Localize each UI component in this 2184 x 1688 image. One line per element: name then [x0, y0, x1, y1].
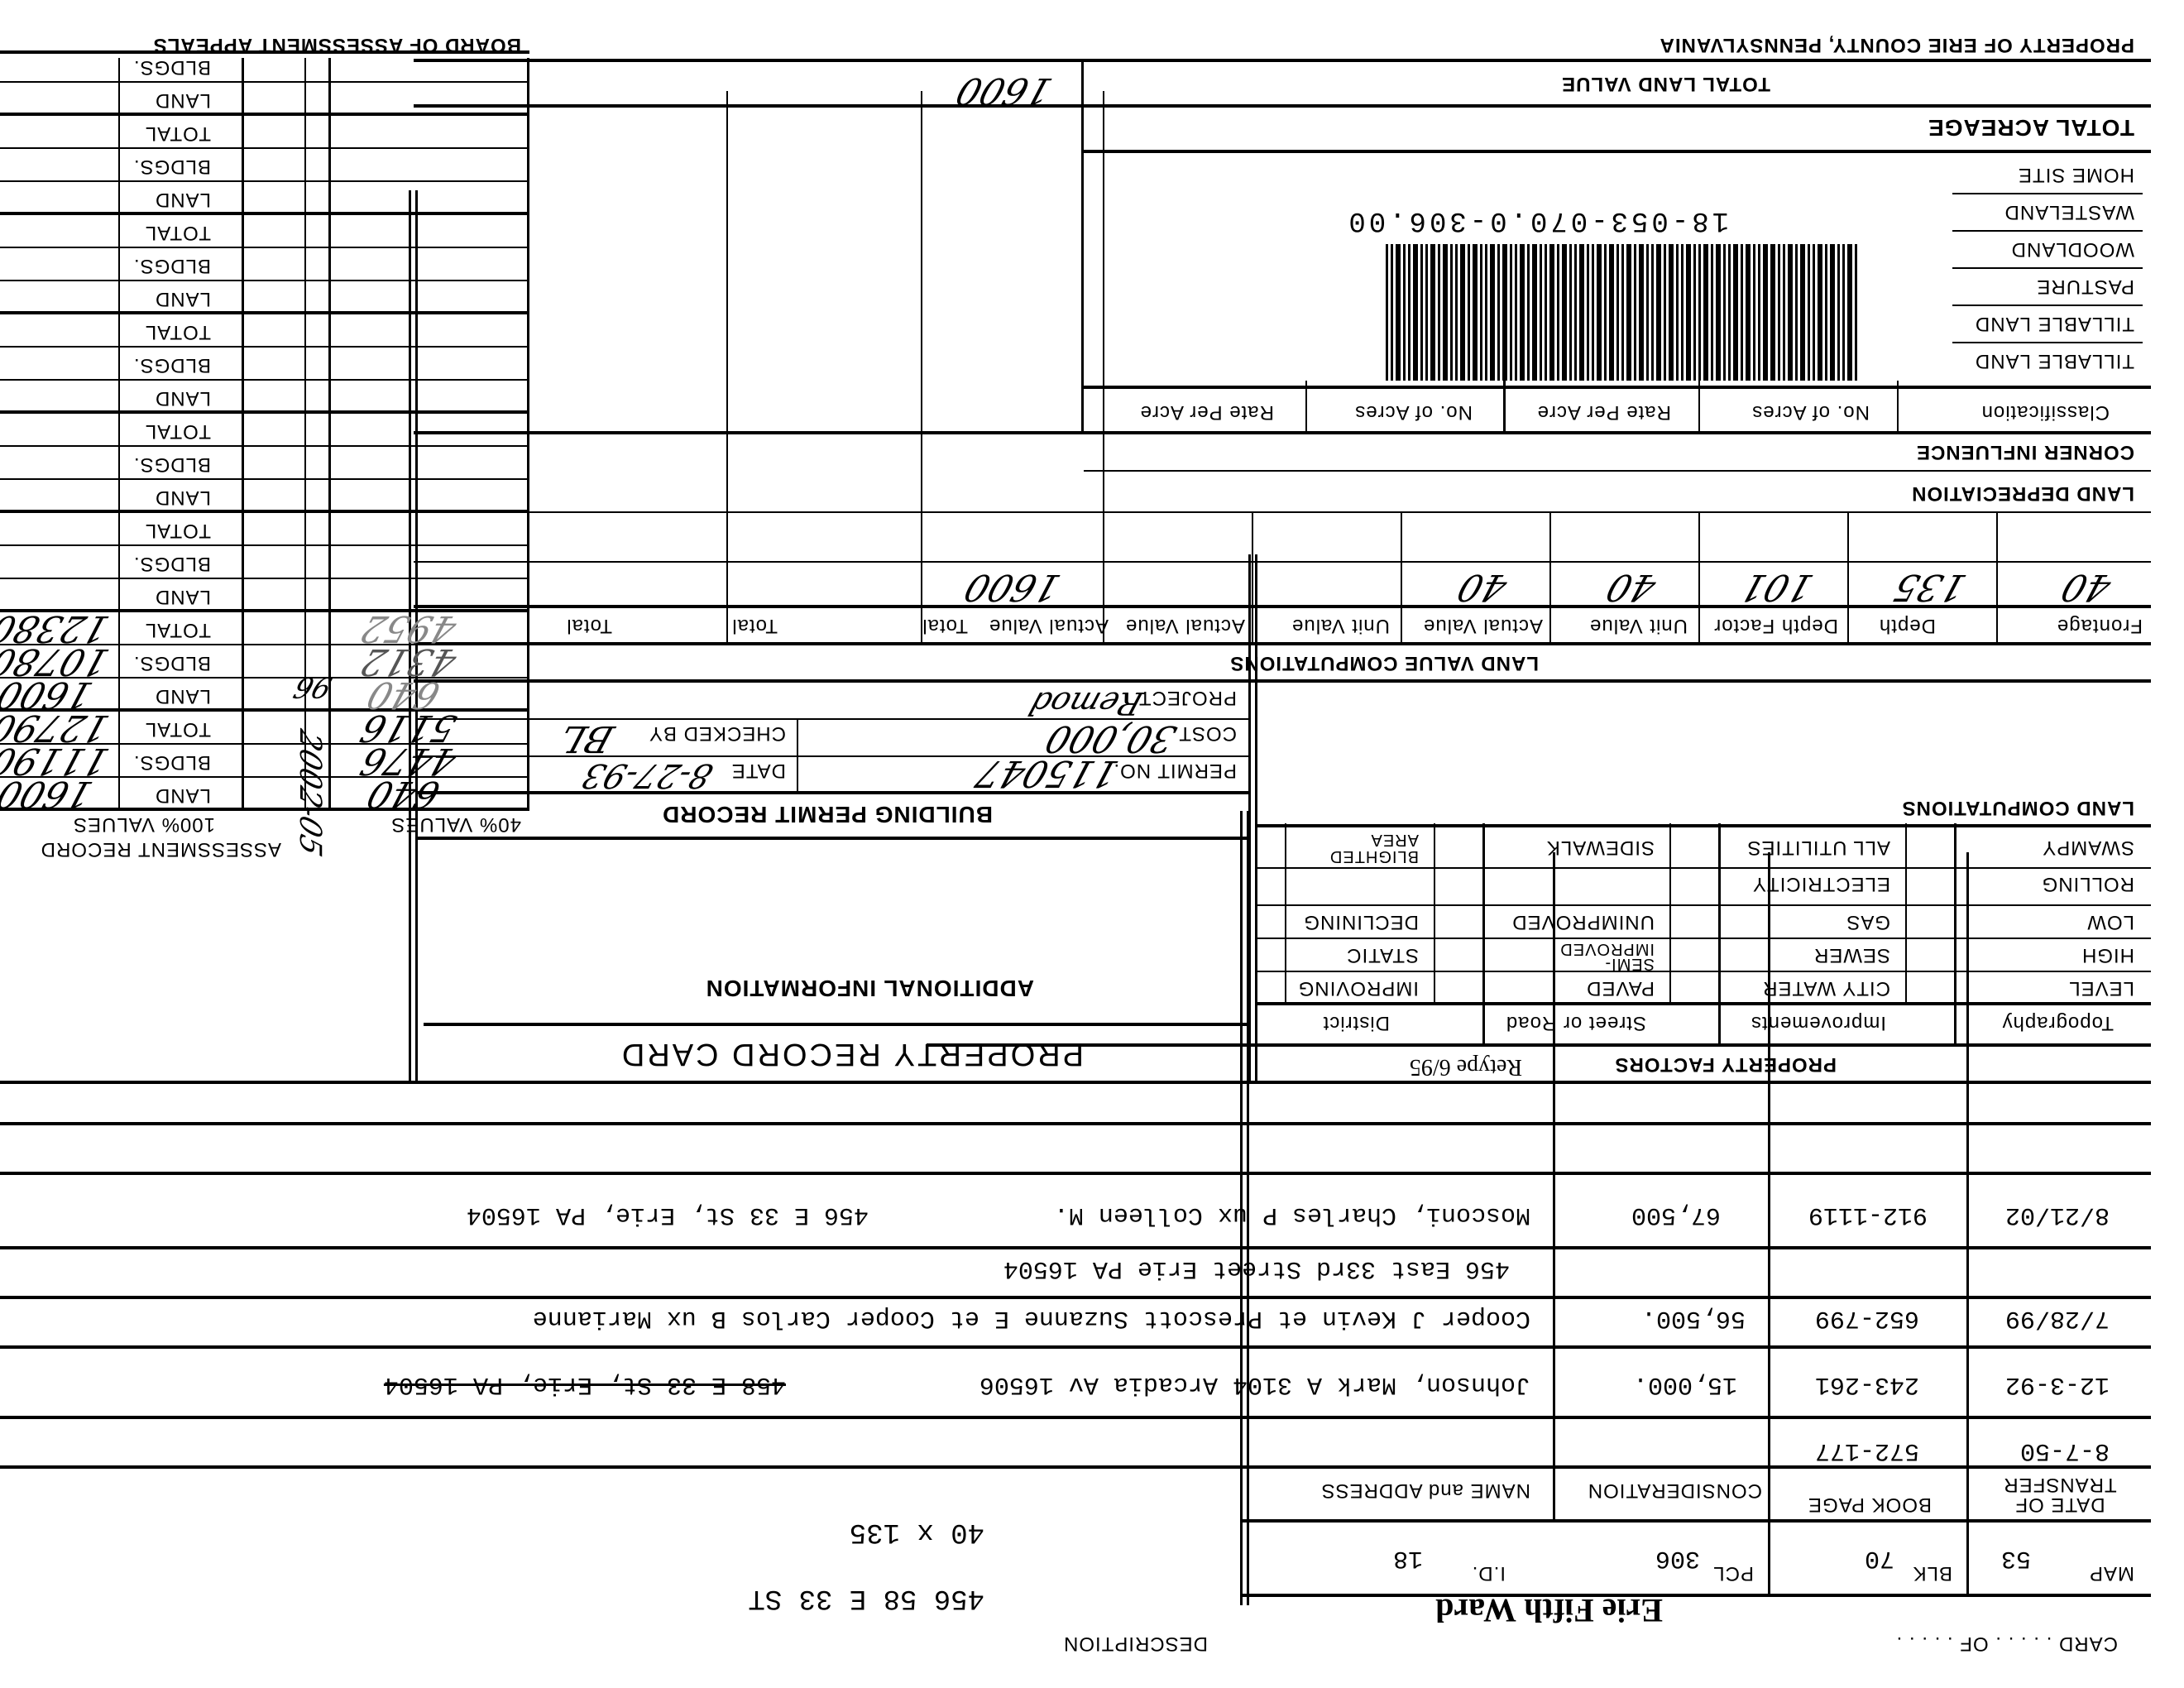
divider [0, 578, 529, 579]
assess-row-land: LAND [155, 585, 211, 608]
assess-row-land: LAND [155, 188, 211, 211]
divider [1996, 513, 1998, 645]
divider [0, 609, 529, 612]
divider [1084, 470, 2151, 472]
divider [0, 1296, 2151, 1299]
factor-header: Improvements [1751, 1011, 1886, 1034]
depth-factor-value: 101 [1736, 566, 1819, 608]
assess-row-total: TOTAL [145, 519, 211, 542]
lv-header-frontage: Frontage [2057, 614, 2143, 637]
divider [0, 311, 529, 314]
property-dimensions: 40 x 135 [850, 1516, 984, 1547]
total-acreage-label: TOTAL ACREAGE [1928, 114, 2134, 141]
divider [0, 50, 529, 54]
divider [1252, 513, 1253, 645]
divider [0, 1416, 2151, 1419]
factor-rolling: ROLLING [2042, 872, 2134, 895]
divider [1952, 305, 2143, 306]
divider [0, 510, 529, 513]
factor-sidewalk: SIDEWALK [1546, 836, 1655, 859]
lv-header-unit-value: Unit Value [1589, 614, 1688, 637]
assess-row-total: TOTAL [145, 420, 211, 443]
factor-all-utilities: ALL UTILITIES [1747, 836, 1891, 859]
divider [1966, 852, 1969, 1597]
property-address: 456 58 E 33 ST [748, 1582, 984, 1614]
divider [1241, 1594, 2151, 1597]
lv-header-total-3: Total [566, 614, 612, 637]
divider [1482, 823, 1485, 1047]
transfer-address: 456 E 33 St, Erie, PA 16504 [467, 1201, 869, 1229]
factor-gas: GAS [1846, 910, 1890, 933]
lv-header-total-2: Total [731, 614, 778, 637]
lv-header-total: Total [922, 614, 968, 637]
blk-label: BLK [1913, 1561, 1952, 1585]
assess-row-bldgs: BLDGS. [133, 651, 211, 674]
divider [1669, 823, 1671, 1005]
actual-value: 40 [1453, 566, 1513, 608]
permit-date-label: DATE [731, 759, 786, 782]
map-label: MAP [2089, 1561, 2134, 1585]
factor-city-water: CITY WATER [1762, 976, 1890, 1000]
divider [0, 445, 529, 447]
divider [1257, 971, 2151, 972]
class-woodland: WOODLAND [2011, 237, 2134, 261]
assess-row-land: LAND [155, 486, 211, 509]
divider [1434, 823, 1435, 1005]
divider [0, 180, 529, 182]
assess-row-bldgs: BLDGS. [133, 155, 211, 178]
divider [0, 280, 529, 281]
factor-electricity: ELECTRICITY [1752, 872, 1890, 895]
cost-value: 30,000 [1041, 717, 1182, 760]
map-value: 53 [2001, 1544, 2031, 1572]
transfer-date: 8/21/02 [2005, 1201, 2110, 1229]
pcl-label: PCL [1712, 1561, 1754, 1585]
assessment-title: ASSESSMENT RECORD [41, 837, 281, 861]
transfer-name: Johnson, Mark A 3104 Arcadia Av 16506 [979, 1370, 1530, 1398]
divider [0, 1172, 2151, 1175]
pct100-label: 100% VALUES [73, 813, 215, 836]
assess-row-bldgs: BLDGS. [133, 750, 211, 774]
total-land-value-amount: 1600 [951, 70, 1058, 112]
unit-value: 40 [1602, 566, 1662, 608]
pct40-label: 40% VALUES [390, 813, 521, 836]
divider [414, 104, 2151, 108]
permit-no-label: PERMIT NO. [1113, 759, 1237, 782]
divider [1952, 230, 2143, 232]
additional-info-title: ADDITIONAL INFORMATION [706, 975, 1034, 1001]
name-address-header: NAME and ADDRESS [1321, 1479, 1530, 1502]
barcode-text: 18-053-070.0-306.00 [1345, 204, 1729, 236]
divider [118, 58, 120, 811]
assess-row-bldgs: BLDGS. [133, 552, 211, 575]
transfer-date: 8-7-50 [2020, 1436, 2110, 1465]
assess-row-total: TOTAL [145, 122, 211, 145]
divider [1401, 513, 1402, 645]
divider [1084, 150, 2151, 153]
divider [1305, 381, 1307, 434]
divider [0, 1465, 2151, 1469]
class-tillable-2: TILLABLE LAND [1975, 312, 2134, 335]
county-header: PROPERTY OF ERIE COUNTY, PENNSYLVANIA [1660, 33, 2134, 56]
book-page-header: BOOK PAGE [1795, 1494, 1944, 1514]
divider [1897, 381, 1899, 434]
divider [1954, 823, 1956, 1047]
transfer-consideration: 67,500 [1631, 1201, 1721, 1229]
factor-header: Topography [2002, 1011, 2114, 1034]
factor-swampy: SWAMPY [2042, 836, 2134, 859]
divider [1952, 193, 2143, 194]
factor-low: LOW [2086, 910, 2134, 933]
divider [424, 1023, 1251, 1026]
divider [0, 113, 529, 116]
rate-header: Rate Per Acre [1537, 400, 1671, 424]
lv-header-depth-factor: Depth Factor [1713, 614, 1838, 637]
assess-row-land: LAND [155, 287, 211, 310]
factor-static: STATIC [1346, 943, 1419, 966]
divider [1285, 823, 1286, 1005]
divider [1084, 386, 2151, 389]
lv-header-actual-value-2: Actual Value [1125, 614, 1245, 637]
divider [1503, 381, 1506, 434]
divider [0, 379, 529, 381]
assess-row-bldgs: BLDGS. [133, 254, 211, 277]
transfer-name: Mosconi, Charles P ux Colleen M. [1054, 1201, 1530, 1229]
transfer-consideration: 56,500. [1641, 1304, 1746, 1332]
transfer-address-struck: 458 E 33 St, Erie, PA 16504 [384, 1370, 786, 1398]
assess-row-bldgs: BLDGS. [133, 353, 211, 376]
divider [1952, 342, 2143, 343]
assess-row-total: TOTAL [145, 221, 211, 244]
checked-by-label: CHECKED BY [649, 722, 786, 745]
card-of-label: CARD . . . . . OF . . . . . [1896, 1632, 2118, 1655]
assess-row-bldgs: BLDGS. [133, 55, 211, 79]
divider [927, 1043, 2151, 1047]
total-land-value-label: TOTAL LAND VALUE [1561, 72, 1770, 95]
divider [0, 1122, 2151, 1125]
factor-high: HIGH [2081, 943, 2134, 966]
divider [415, 791, 1251, 794]
assess-row-total: TOTAL [145, 618, 211, 641]
divider [0, 544, 529, 546]
date-of-transfer-header: DATE OF TRANSFER [1985, 1475, 2134, 1514]
divider [414, 642, 2151, 645]
record-card-title: PROPERTY RECORD CARD [620, 1036, 1084, 1072]
land-total-value: 1600 [960, 566, 1066, 608]
land-depreciation-label: LAND DEPRECIATION [1911, 482, 2134, 505]
divider [0, 1081, 2151, 1084]
factor-paved: PAVED [1586, 976, 1655, 1000]
parcel-barcode [1383, 244, 1857, 381]
divider [415, 837, 1251, 840]
class-wasteland: WASTELAND [2004, 200, 2134, 223]
divider [1549, 513, 1551, 645]
lv-header-unit-value-2: Unit Value [1291, 614, 1390, 637]
property-record-card: PROPERTY OF ERIE COUNTY, PENNSYLVANIA BO… [0, 0, 2184, 1688]
divider [414, 679, 2151, 683]
factor-semi-improved: SEMI-IMPROVED [1555, 942, 1655, 971]
divider [242, 58, 244, 811]
rate-header-2: Rate Per Acre [1140, 400, 1274, 424]
class-tillable-1: TILLABLE LAND [1975, 349, 2134, 372]
divider [414, 561, 2151, 563]
pcl-value: 306 [1655, 1544, 1700, 1572]
divider [1257, 867, 2151, 869]
acres-header: No. of Acres [1751, 400, 1870, 424]
factor-blighted-area: BLIGHTED AREA [1319, 832, 1419, 865]
consideration-header: CONSIDERATION [1588, 1479, 1762, 1502]
divider [0, 478, 529, 480]
factor-declining: DECLINING [1303, 910, 1419, 933]
assess-row-land: LAND [155, 386, 211, 410]
retype-note: Retype 6/95 [1410, 1053, 1522, 1080]
class-home-site: HOME SITE [2018, 163, 2134, 186]
divider [797, 720, 798, 794]
divider [1905, 823, 1907, 1005]
factor-sewer: SEWER [1813, 943, 1890, 966]
assess-note: 2002-05 [293, 726, 327, 861]
transfer-book-page: 652-799 [1815, 1304, 1919, 1332]
divider [1718, 823, 1721, 1047]
assess-total-100: 12380 [0, 607, 114, 650]
transfer-book-page: 243-261 [1815, 1370, 1919, 1398]
divider [1768, 852, 1770, 1597]
assess-row-land: LAND [155, 89, 211, 112]
assess-row-land: LAND [155, 784, 211, 807]
divider [1248, 554, 1251, 1084]
divider [1847, 513, 1849, 645]
transfer-date: 7/28/99 [2005, 1304, 2110, 1332]
divider [1257, 938, 2151, 939]
divider [0, 212, 529, 215]
divider [414, 431, 2151, 434]
classification-header: Classification [1981, 400, 2110, 424]
id-label: I.D. [1472, 1561, 1506, 1585]
checked-by-value: BL [554, 717, 619, 760]
divider [527, 58, 529, 811]
description-label: DESCRIPTION [1063, 1632, 1208, 1655]
divider [0, 81, 529, 83]
factor-header: District [1323, 1011, 1390, 1034]
factor-unimproved: UNIMPROVED [1511, 910, 1655, 933]
acres-header-2: No. of Acres [1354, 400, 1473, 424]
assess-row-total: TOTAL [145, 717, 211, 741]
divider [0, 1345, 2151, 1349]
assess-row-bldgs: BLDGS. [133, 453, 211, 476]
frontage-value: 40 [2057, 566, 2117, 608]
permit-date-value: 8-27-93 [577, 756, 717, 794]
project-value: Remod [1025, 685, 1148, 722]
land-computations-title: LAND COMPUTATIONS [1902, 796, 2134, 819]
project-label: PROJECT [1138, 686, 1237, 709]
divider [1081, 62, 1084, 434]
assess-total-40: 4952 [356, 607, 462, 650]
ward-name: Erie Fifth Ward [1435, 1591, 1663, 1630]
transfer-book-page: 912-1119 [1808, 1201, 1928, 1229]
divider [0, 147, 529, 149]
divider [414, 511, 2151, 513]
divider [1257, 904, 2151, 906]
divider [1241, 1519, 2151, 1523]
transfer-book-page: 572-177 [1815, 1436, 1919, 1465]
cost-label: COST [1178, 722, 1237, 745]
lv-header-depth: Depth [1879, 614, 1936, 637]
divider [1257, 1002, 2151, 1005]
land-value-computations-title: LAND VALUE COMPUTATIONS [1229, 651, 1539, 674]
divider [1952, 267, 2143, 269]
divider [414, 59, 2151, 62]
transfer-date: 12-3-92 [2005, 1370, 2110, 1398]
transfer-name: Cooper J Kevin et Prescott Suzanne E et … [533, 1304, 1530, 1332]
depth-value: 135 [1889, 566, 1972, 608]
class-pasture: PASTURE [2036, 275, 2134, 298]
corner-influence-label: CORNER INFLUENCE [1916, 440, 2134, 463]
divider [328, 58, 331, 811]
divider [0, 410, 529, 414]
transfer-address: 456 East 33rd Street Erie PA 16504 [1003, 1254, 1510, 1283]
id-value: 18 [1393, 1544, 1423, 1572]
factor-level: LEVEL [2068, 976, 2134, 1000]
blk-value: 70 [1865, 1544, 1894, 1572]
factor-header: Street or Road [1506, 1011, 1646, 1034]
lv-header-actual-value: Actual Value [1423, 614, 1543, 637]
property-factors-title: PROPERTY FACTORS [1615, 1053, 1837, 1076]
building-permit-title: BUILDING PERMIT RECORD [662, 801, 993, 827]
transfer-consideration: 15,000. [1633, 1370, 1737, 1398]
divider [1257, 824, 2151, 827]
lv-header-actual-value-3: Actual Value [989, 614, 1109, 637]
divider [0, 1246, 2151, 1249]
assess-row-land: LAND [155, 684, 211, 707]
divider [1698, 381, 1700, 434]
assess-row-total: TOTAL [145, 320, 211, 343]
divider [0, 346, 529, 348]
factor-improving: IMPROVING [1298, 976, 1419, 1000]
divider [1698, 513, 1700, 645]
divider [0, 247, 529, 248]
